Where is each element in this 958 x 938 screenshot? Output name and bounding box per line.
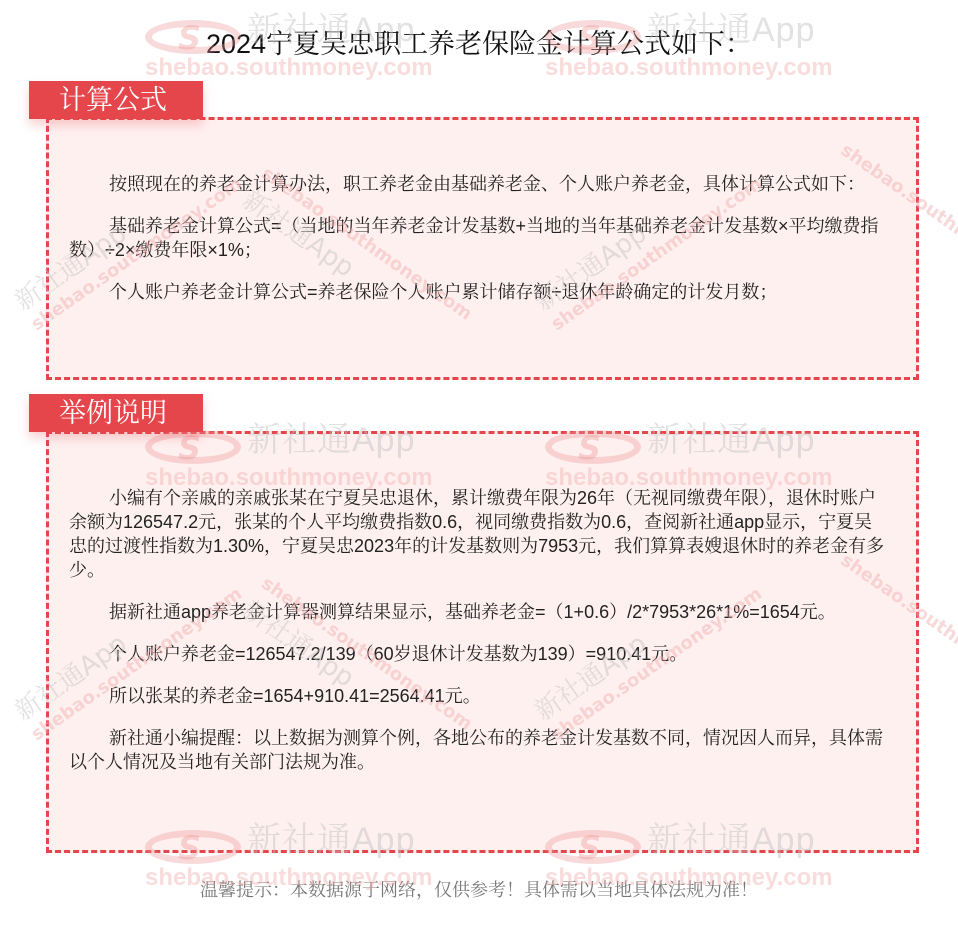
- formula-section: 按照现在的养老金计算办法，职工养老金由基础养老金、个人账户养老金，具体计算公式如…: [46, 117, 919, 380]
- paragraph: 所以张某的养老金=1654+910.41=2564.41元。: [69, 684, 886, 708]
- footer-note: 温馨提示：本数据源于网络，仅供参考！具体需以当地具体法规为准！: [0, 876, 958, 902]
- paragraph: 新社通小编提醒：以上数据为测算个例，各地公布的养老金计发基数不同，情况因人而异，…: [69, 726, 886, 774]
- section-label-formula: 计算公式: [29, 81, 203, 119]
- paragraph: 小编有个亲戚的亲戚张某在宁夏吴忠退休，累计缴费年限为26年（无视同缴费年限），退…: [69, 486, 886, 582]
- paragraph: 基础养老金计算公式=（当地的当年养老金计发基数+当地的当年基础养老金计发基数×平…: [69, 214, 886, 262]
- page-title: 2024宁夏吴忠职工养老保险金计算公式如下：: [0, 22, 958, 61]
- paragraph: 据新社通app养老金计算器测算结果显示，基础养老金=（1+0.6）/2*7953…: [69, 600, 886, 624]
- paragraph: 个人账户养老金=126547.2/139（60岁退休计发基数为139）=910.…: [69, 642, 886, 666]
- example-section: 小编有个亲戚的亲戚张某在宁夏吴忠退休，累计缴费年限为26年（无视同缴费年限），退…: [46, 431, 919, 853]
- section-label-example: 举例说明: [29, 394, 203, 432]
- paragraph: 个人账户养老金计算公式=养老保险个人账户累计储存额÷退休年龄确定的计发月数；: [69, 280, 886, 304]
- paragraph: 按照现在的养老金计算办法，职工养老金由基础养老金、个人账户养老金，具体计算公式如…: [69, 172, 886, 196]
